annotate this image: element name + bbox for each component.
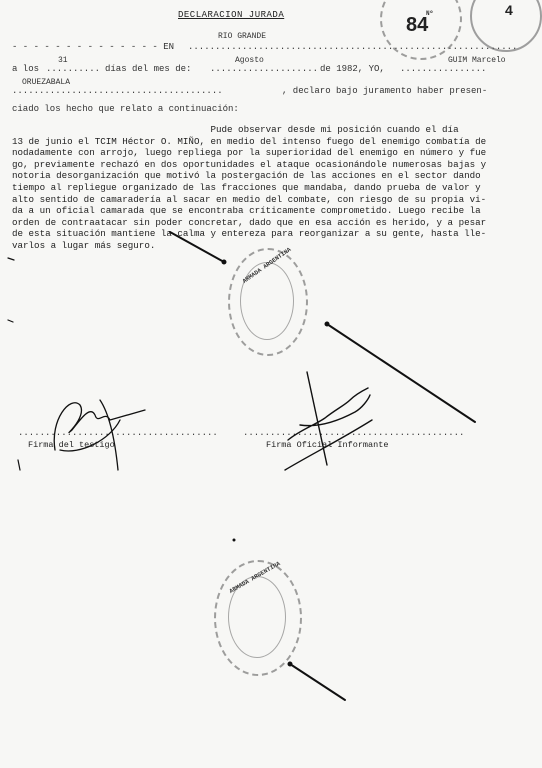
arrow-mark bbox=[170, 232, 224, 262]
arrow-mark bbox=[290, 664, 345, 700]
handwritten-marks bbox=[0, 0, 542, 768]
arrow-mark bbox=[327, 324, 475, 422]
